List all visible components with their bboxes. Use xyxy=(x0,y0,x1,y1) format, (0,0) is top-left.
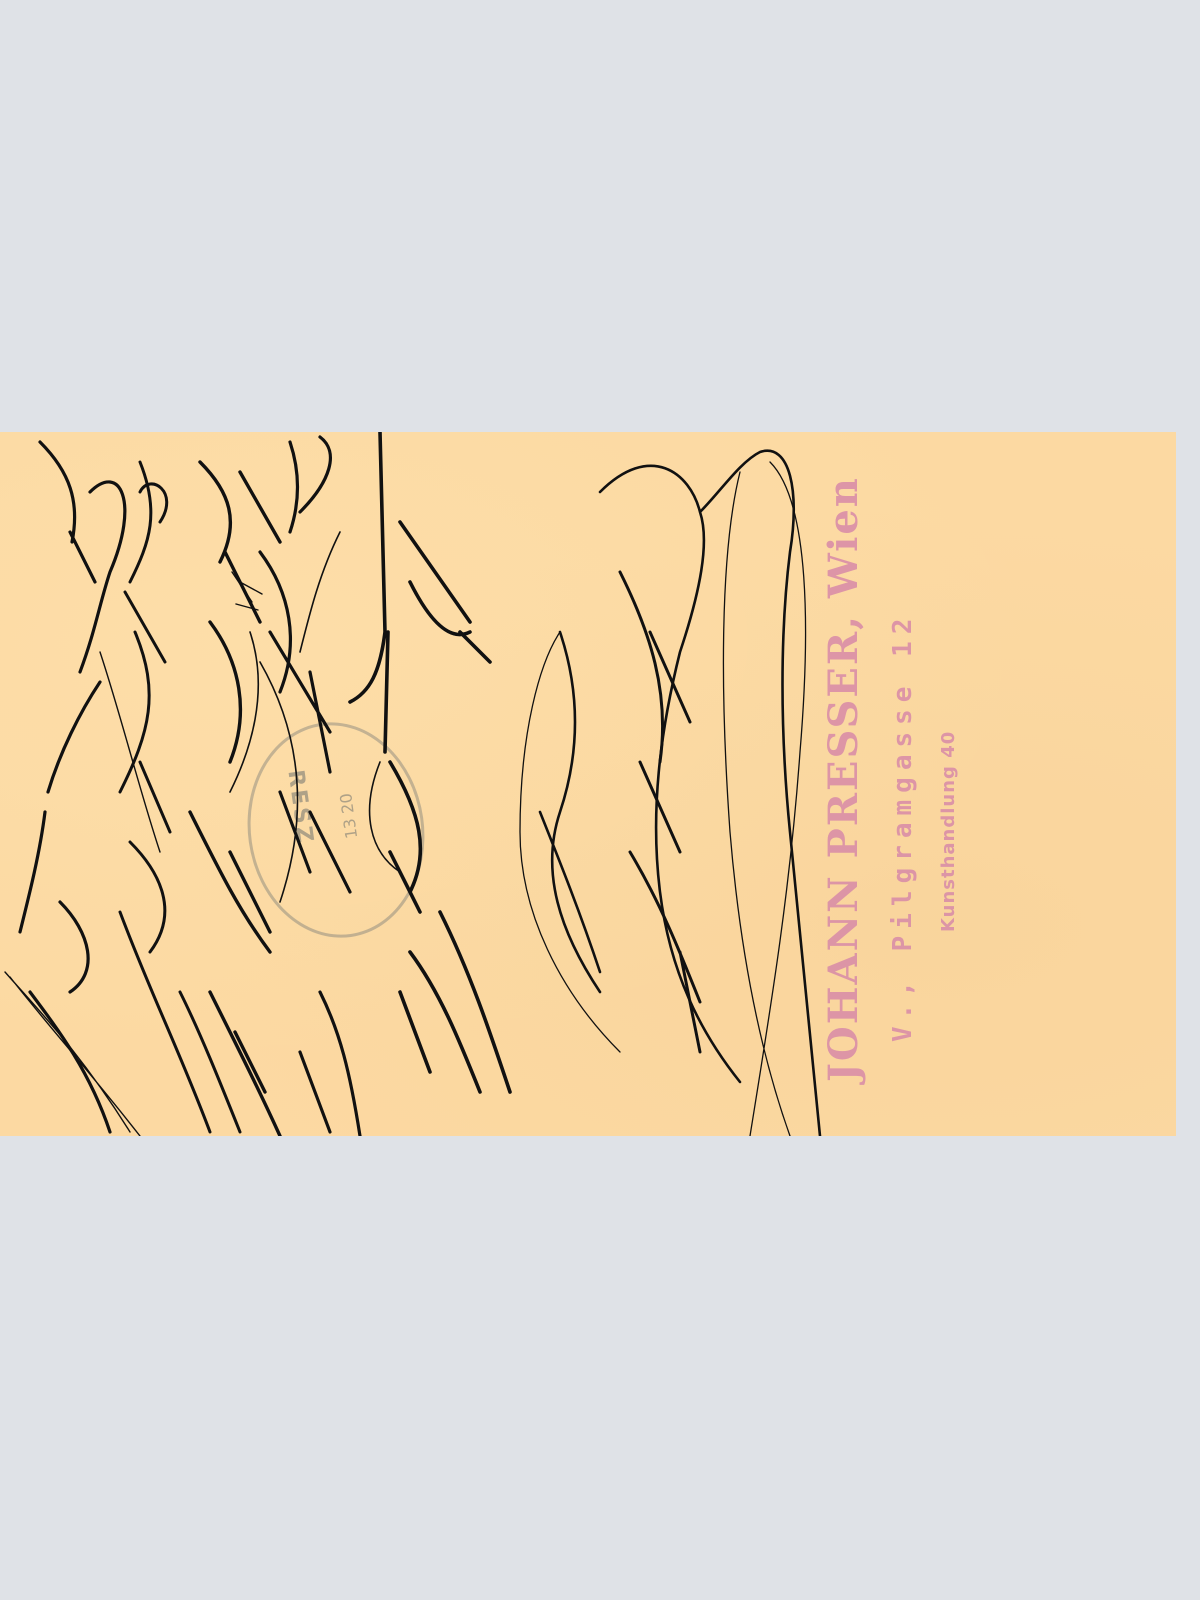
handwriting-line-2 xyxy=(120,462,240,1132)
handwriting xyxy=(0,432,1176,1136)
handwriting-line-5 xyxy=(350,432,510,1092)
signature xyxy=(540,451,820,1136)
handwriting-line-4 xyxy=(260,437,360,1136)
handwriting-line-1 xyxy=(20,442,125,1132)
postcard: RESZ 13 20 JOHANN PRESSER, Wien V., Pilg… xyxy=(0,432,1176,1136)
